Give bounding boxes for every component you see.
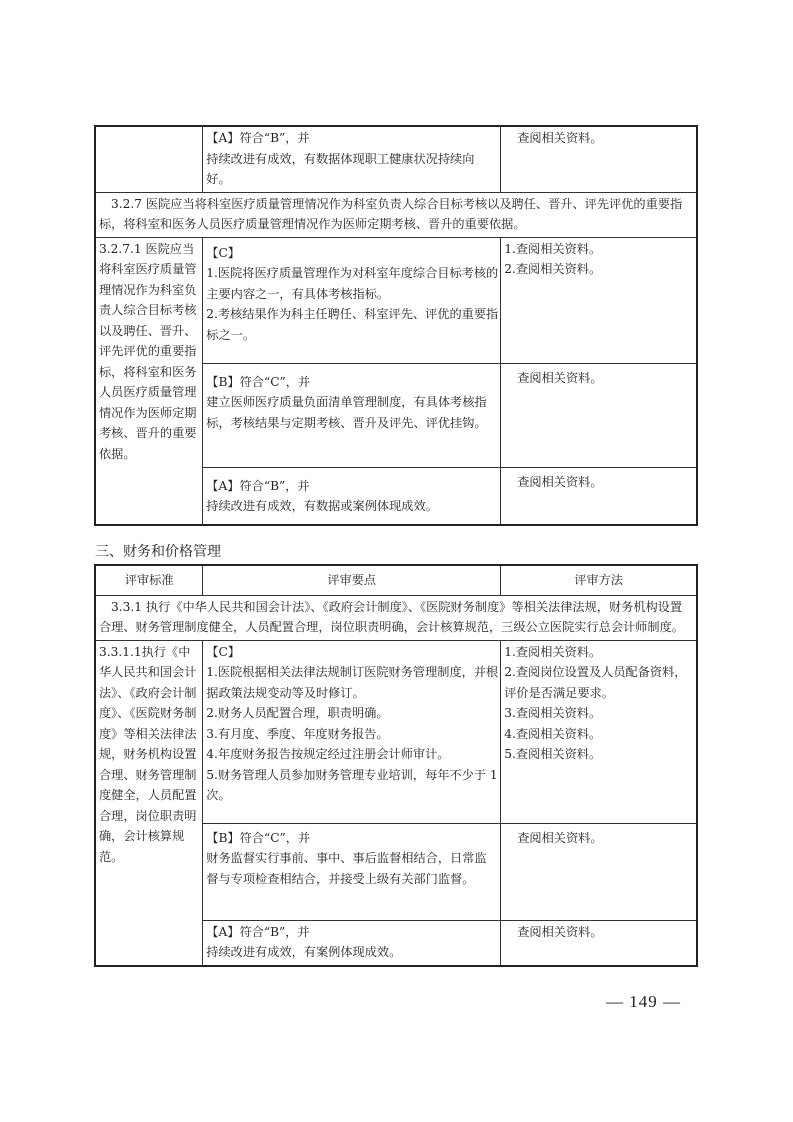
level-label: 【A】符合“B”，并 bbox=[206, 922, 498, 943]
header-methods: 评审方法 bbox=[501, 565, 697, 595]
methods-cell: 1.查阅相关资料。 2.查阅岗位设置及人员配备资料，评价是否满足要求。 3.查阅… bbox=[501, 640, 697, 823]
method-text: 查阅相关资料。 bbox=[517, 128, 694, 149]
points-cell: 【A】符合“B”，并 持续改进有成效，有数据体现职工健康状况持续向好。 bbox=[203, 126, 501, 192]
point-text: 1.医院将医疗质量管理作为对科室年度综合目标考核的主要内容之一，有具体考核指标。 bbox=[206, 263, 498, 304]
methods-cell: 1.查阅相关资料。 2.查阅相关资料。 bbox=[501, 237, 697, 363]
methods-cell: 查阅相关资料。 bbox=[501, 126, 697, 192]
points-cell: 【C】 1.医院根据相关法律法规制订医院财务管理制度，并根据政策法规变动等及时修… bbox=[203, 640, 501, 823]
method-text: 查阅相关资料。 bbox=[517, 828, 694, 849]
point-text: 4.年度财务报告按规定经过注册会计师审计。 bbox=[206, 744, 498, 765]
points-cell: 【A】符合“B”，并 持续改进有成效，有案例体现成效。 bbox=[203, 920, 501, 966]
point-text: 建立医师医疗质量负面清单管理制度，有具体考核指标，考核结果与定期考核、晋升及评先… bbox=[206, 392, 498, 433]
method-text: 2.查阅相关资料。 bbox=[504, 259, 694, 280]
level-label: 【C】 bbox=[206, 243, 498, 264]
standard-cell: 3.3.1.1执行《中华人民共和国会计法》、《政府会计制度》、《医院财务制度》等… bbox=[95, 640, 203, 966]
point-text: 3.有月度、季度、年度财务报告。 bbox=[206, 724, 498, 745]
section-row: 3.2.7 医院应当将科室医疗质量管理情况作为科室负责人综合目标考核以及聘任、晋… bbox=[95, 192, 697, 237]
method-text: 2.查阅岗位设置及人员配备资料，评价是否满足要求。 bbox=[504, 662, 694, 703]
points-cell: 【C】 1.医院将医疗质量管理作为对科室年度综合目标考核的主要内容之一，有具体考… bbox=[203, 237, 501, 363]
point-text: 1.医院根据相关法律法规制订医院财务管理制度，并根据政策法规变动等及时修订。 bbox=[206, 662, 498, 703]
section-text: 3.2.7 医院应当将科室医疗质量管理情况作为科室负责人综合目标考核以及聘任、晋… bbox=[99, 197, 682, 232]
point-text: 5.财务管理人员参加财务管理专业培训，每年不少于 1 次。 bbox=[206, 765, 498, 806]
method-text: 1.查阅相关资料。 bbox=[504, 239, 694, 260]
method-text: 4.查阅相关资料。 bbox=[504, 724, 694, 745]
method-text: 3.查阅相关资料。 bbox=[504, 703, 694, 724]
point-text: 持续改进有成效，有数据体现职工健康状况持续向好。 bbox=[206, 149, 498, 190]
header-row: 评审标准 评审要点 评审方法 bbox=[95, 565, 697, 595]
level-label: 【A】符合“B”，并 bbox=[206, 476, 498, 497]
method-text: 5.查阅相关资料。 bbox=[504, 744, 694, 765]
methods-cell: 查阅相关资料。 bbox=[501, 823, 697, 920]
section-text: 3.3.1 执行《中华人民共和国会计法》、《政府会计制度》、《医院财务制度》等相… bbox=[99, 600, 684, 635]
point-text: 2.财务人员配置合理，职责明确。 bbox=[206, 703, 498, 724]
standard-cell: 3.2.7.1 医院应当将科室医疗质量管理情况作为科室负责人综合目标考核以及聘任… bbox=[95, 237, 203, 525]
section-heading: 三、财务和价格管理 bbox=[95, 541, 221, 561]
table-row: 【A】符合“B”，并 持续改进有成效，有数据体现职工健康状况持续向好。 查阅相关… bbox=[95, 126, 697, 192]
standard-cell bbox=[95, 126, 203, 192]
methods-cell: 查阅相关资料。 bbox=[501, 363, 697, 467]
method-text: 查阅相关资料。 bbox=[517, 368, 694, 389]
points-cell: 【A】符合“B”，并 持续改进有成效，有数据或案例体现成效。 bbox=[203, 467, 501, 525]
point-text: 持续改进有成效，有数据或案例体现成效。 bbox=[206, 496, 498, 517]
points-cell: 【B】符合“C”，并 财务监督实行事前、事中、事后监督相结合，日常监督与专项检查… bbox=[203, 823, 501, 920]
points-cell: 【B】符合“C”，并 建立医师医疗质量负面清单管理制度，有具体考核指标，考核结果… bbox=[203, 363, 501, 467]
method-text: 1.查阅相关资料。 bbox=[504, 642, 694, 663]
section-3-3-1: 3.3.1 执行《中华人民共和国会计法》、《政府会计制度》、《医院财务制度》等相… bbox=[95, 595, 697, 640]
methods-cell: 查阅相关资料。 bbox=[501, 920, 697, 966]
section-3-2-7: 3.2.7 医院应当将科室医疗质量管理情况作为科室负责人综合目标考核以及聘任、晋… bbox=[95, 192, 697, 237]
table-row: 3.2.7.1 医院应当将科室医疗质量管理情况作为科室负责人综合目标考核以及聘任… bbox=[95, 237, 697, 363]
point-text: 2.考核结果作为科主任聘任、科室评先、评优的重要指标之一。 bbox=[206, 304, 498, 345]
standards-table-continued: 【A】符合“B”，并 持续改进有成效，有数据体现职工健康状况持续向好。 查阅相关… bbox=[94, 125, 698, 526]
header-points: 评审要点 bbox=[203, 565, 501, 595]
point-text: 财务监督实行事前、事中、事后监督相结合，日常监督与专项检查相结合，并接受上级有关… bbox=[206, 848, 498, 889]
level-label: 【A】符合“B”，并 bbox=[206, 128, 498, 149]
level-label: 【B】符合“C”，并 bbox=[206, 828, 498, 849]
finance-standards-table: 评审标准 评审要点 评审方法 3.3.1 执行《中华人民共和国会计法》、《政府会… bbox=[94, 564, 698, 967]
table-row: 3.3.1.1执行《中华人民共和国会计法》、《政府会计制度》、《医院财务制度》等… bbox=[95, 640, 697, 823]
method-text: 查阅相关资料。 bbox=[517, 922, 694, 943]
section-row: 3.3.1 执行《中华人民共和国会计法》、《政府会计制度》、《医院财务制度》等相… bbox=[95, 595, 697, 640]
methods-cell: 查阅相关资料。 bbox=[501, 467, 697, 525]
header-standard: 评审标准 bbox=[95, 565, 203, 595]
page-number: — 149 — bbox=[606, 992, 681, 1012]
method-text: 查阅相关资料。 bbox=[517, 472, 694, 493]
point-text: 持续改进有成效，有案例体现成效。 bbox=[206, 942, 498, 963]
level-label: 【B】符合“C”，并 bbox=[206, 372, 498, 393]
level-label: 【C】 bbox=[206, 642, 498, 663]
